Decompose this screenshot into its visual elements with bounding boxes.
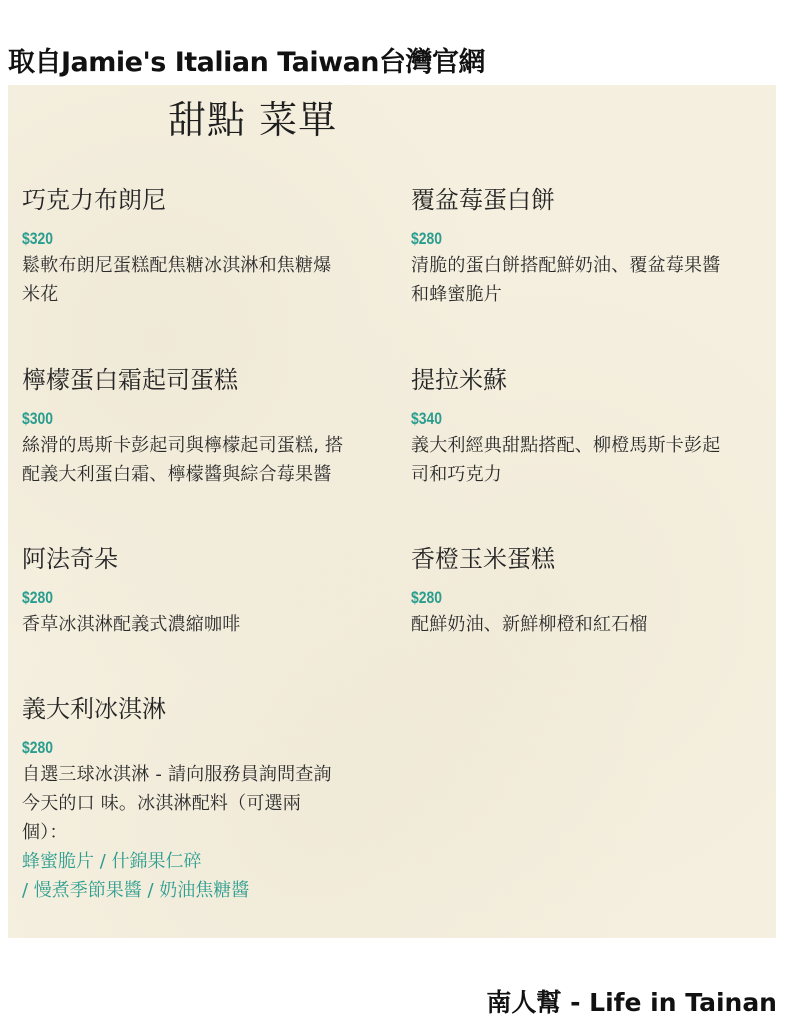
item-description: 義大利經典甜點搭配、柳橙馬斯卡彭起 司和巧克力 [411, 431, 766, 489]
menu-item-affogato: 阿法奇朵 $280 香草冰淇淋配義式濃縮咖啡 [22, 544, 377, 639]
menu-title: 甜點 菜單 [168, 89, 337, 144]
item-name: 阿法奇朵 [22, 544, 377, 574]
description-line: 自選三球冰淇淋 - 請向服務員詢問查詢 [22, 760, 377, 789]
menu-item-italian-gelato: 義大利冰淇淋 $280 自選三球冰淇淋 - 請向服務員詢問查詢 今天的口 味。冰… [22, 694, 377, 905]
description-line: 今天的口 味。冰淇淋配料（可選兩 [22, 789, 377, 818]
menu-item-lemon-meringue-cheesecake: 檸檬蛋白霜起司蛋糕 $300 絲滑的馬斯卡彭起司與檸檬起司蛋糕, 搭 配義大利蛋… [22, 365, 377, 489]
item-name: 義大利冰淇淋 [22, 694, 377, 724]
description-line: 義大利經典甜點搭配、柳橙馬斯卡彭起 [411, 431, 766, 460]
item-name: 檸檬蛋白霜起司蛋糕 [22, 365, 377, 395]
description-line: 配鮮奶油、新鮮柳橙和紅石榴 [411, 610, 766, 639]
item-price: $280 [411, 229, 702, 249]
menu-item-tiramisu: 提拉米蘇 $340 義大利經典甜點搭配、柳橙馬斯卡彭起 司和巧克力 [411, 365, 766, 489]
item-price: $340 [411, 409, 702, 429]
menu-item-chocolate-brownie: 巧克力布朗尼 $320 鬆軟布朗尼蛋糕配焦糖冰淇淋和焦糖爆 米花 [22, 185, 377, 309]
item-description: 清脆的蛋白餅搭配鮮奶油、覆盆莓果醬 和蜂蜜脆片 [411, 251, 766, 309]
description-line: 米花 [22, 280, 377, 309]
menu-item-orange-polenta-cake: 香橙玉米蛋糕 $280 配鮮奶油、新鮮柳橙和紅石榴 [411, 544, 766, 639]
item-description: 鬆軟布朗尼蛋糕配焦糖冰淇淋和焦糖爆 米花 [22, 251, 377, 309]
item-description: 配鮮奶油、新鮮柳橙和紅石榴 [411, 610, 766, 639]
toppings-line: / 慢煮季節果醬 / 奶油焦糖醬 [22, 876, 377, 905]
item-price: $320 [22, 229, 313, 249]
item-price: $300 [22, 409, 313, 429]
description-line: 司和巧克力 [411, 460, 766, 489]
item-description: 香草冰淇淋配義式濃縮咖啡 [22, 610, 377, 639]
description-line: 個）： [22, 818, 377, 847]
item-name: 覆盆莓蛋白餅 [411, 185, 766, 215]
item-description: 絲滑的馬斯卡彭起司與檸檬起司蛋糕, 搭 配義大利蛋白霜、檸檬醬與綜合莓果醬 [22, 431, 377, 489]
description-line: 香草冰淇淋配義式濃縮咖啡 [22, 610, 377, 639]
menu-item-raspberry-meringue: 覆盆莓蛋白餅 $280 清脆的蛋白餅搭配鮮奶油、覆盆莓果醬 和蜂蜜脆片 [411, 185, 766, 309]
source-caption: 取自Jamie's Italian Taiwan台灣官網 [8, 40, 485, 79]
toppings-line: 蜂蜜脆片 / 什錦果仁碎 [22, 847, 377, 876]
footer-caption: 南人幫 - Life in Tainan [486, 983, 777, 1019]
dessert-menu-panel: 甜點 菜單 巧克力布朗尼 $320 鬆軟布朗尼蛋糕配焦糖冰淇淋和焦糖爆 米花 覆… [8, 85, 776, 938]
description-line: 配義大利蛋白霜、檸檬醬與綜合莓果醬 [22, 460, 377, 489]
description-line: 鬆軟布朗尼蛋糕配焦糖冰淇淋和焦糖爆 [22, 251, 377, 280]
description-line: 和蜂蜜脆片 [411, 280, 766, 309]
item-price: $280 [22, 738, 313, 758]
toppings-list: 蜂蜜脆片 / 什錦果仁碎 / 慢煮季節果醬 / 奶油焦糖醬 [22, 847, 377, 905]
item-description: 自選三球冰淇淋 - 請向服務員詢問查詢 今天的口 味。冰淇淋配料（可選兩 個）： [22, 760, 377, 847]
item-name: 香橙玉米蛋糕 [411, 544, 766, 574]
item-price: $280 [411, 588, 702, 608]
item-name: 巧克力布朗尼 [22, 185, 377, 215]
item-name: 提拉米蘇 [411, 365, 766, 395]
description-line: 絲滑的馬斯卡彭起司與檸檬起司蛋糕, 搭 [22, 431, 377, 460]
description-line: 清脆的蛋白餅搭配鮮奶油、覆盆莓果醬 [411, 251, 766, 280]
item-price: $280 [22, 588, 313, 608]
